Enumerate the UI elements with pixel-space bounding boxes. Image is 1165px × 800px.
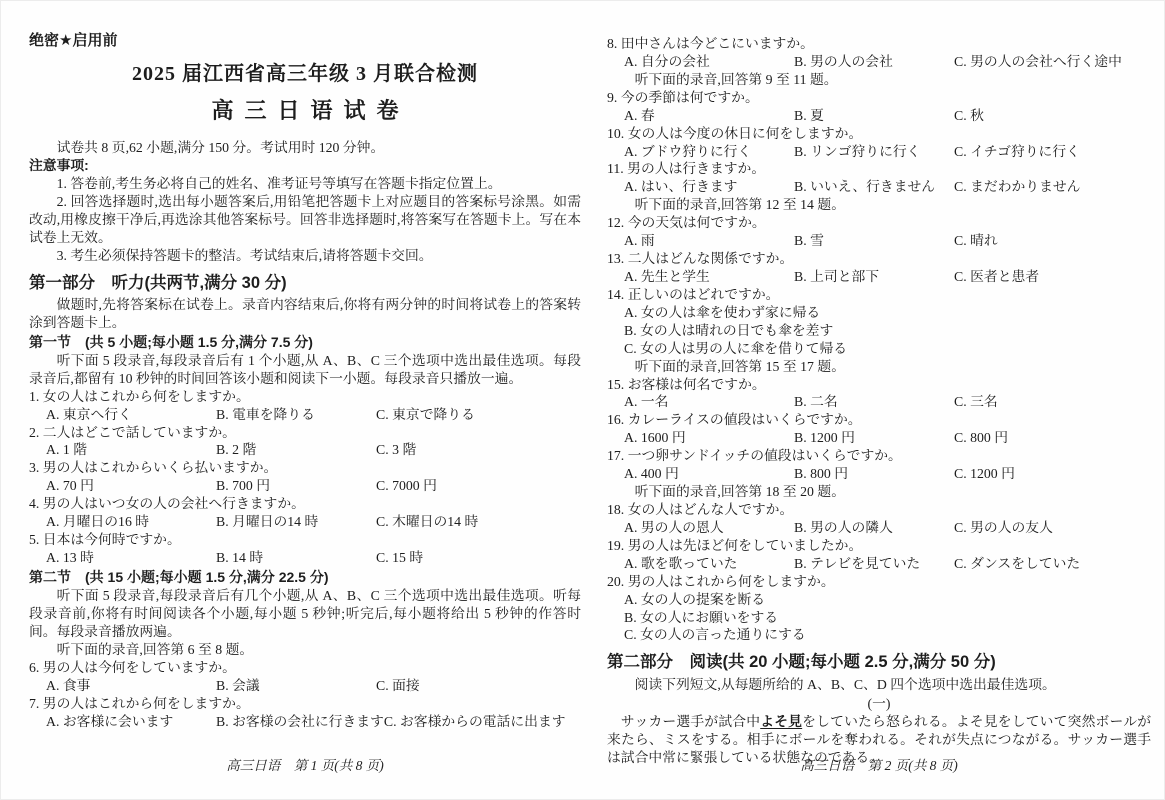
question-option: B. 月曜日の14 時 [216, 513, 376, 531]
question-options: A. 東京へ行くB. 電車を降りるC. 東京で降りる [29, 406, 581, 424]
question-option: A. 東京へ行く [46, 406, 216, 424]
question-option: B. 14 時 [216, 549, 376, 567]
section2-intro: 听下面 5 段录音,每段录音后有几个小题,从 A、B、C 三个选项中选出最佳选项… [29, 587, 581, 641]
question-option: C. 秋 [954, 107, 1151, 125]
question-option: C. まだわかりません [954, 178, 1151, 196]
question-option: A. 月曜日の16 時 [46, 513, 216, 531]
paper-info: 试卷共 8 页,62 小题,满分 150 分。考试用时 120 分钟。 [29, 139, 581, 157]
question-option: C. 男の人の会社へ行く途中 [954, 53, 1151, 71]
question-option: A. 男の人の恩人 [624, 519, 794, 537]
question-option: B. お客様の会社に行きます [216, 713, 384, 731]
question-text: 15. お客様は何名ですか。 [607, 376, 1151, 394]
question-option: C. 木曜日の14 時 [376, 513, 581, 531]
question-option: C. イチゴ狩りに行く [954, 143, 1151, 161]
question-option: B. 男の人の会社 [794, 53, 954, 71]
question-option: B. 女の人は晴れの日でも傘を差す [624, 322, 1151, 340]
question-option: A. 13 時 [46, 549, 216, 567]
question-options: A. 雨B. 雪C. 晴れ [607, 232, 1151, 250]
question-text: 2. 二人はどこで話していますか。 [29, 424, 581, 442]
question-option: A. 歌を歌っていた [624, 555, 794, 573]
question-options: A. 女の人の提案を断るB. 女の人にお願いをするC. 女の人の言った通りにする [607, 591, 1151, 645]
listening-cue: 听下面的录音,回答第 15 至 17 题。 [607, 358, 1151, 376]
question-option: B. 800 円 [794, 465, 954, 483]
question-option: B. 雪 [794, 232, 954, 250]
page2-footer: 高三日语 第 2 页(共 8 页) [607, 757, 1151, 775]
section1-questions: 1. 女の人はこれから何をしますか。A. 東京へ行くB. 電車を降りるC. 東京… [29, 388, 581, 567]
question-options: A. お客様に会いますB. お客様の会社に行きますC. お客様からの電話に出ます [29, 713, 581, 731]
question-text: 6. 男の人は今何をしていますか。 [29, 659, 581, 677]
question-option: C. 三名 [954, 393, 1151, 411]
question-options: A. 400 円B. 800 円C. 1200 円 [607, 465, 1151, 483]
page1-footer: 高三日语 第 1 页(共 8 页) [29, 757, 581, 775]
question-option: C. 7000 円 [376, 477, 581, 495]
question-options: A. 70 円B. 700 円C. 7000 円 [29, 477, 581, 495]
question-option: C. 晴れ [954, 232, 1151, 250]
question-option: B. 夏 [794, 107, 954, 125]
exam-paper-scan: 绝密★启用前 2025 届江西省高三年级 3 月联合检测 高三日语试卷 试卷共 … [0, 0, 1165, 800]
question-option: B. 二名 [794, 393, 954, 411]
question-option: C. 女の人は男の人に傘を借りて帰る [624, 340, 1151, 358]
passage-text-pre: サッカー選手が試合中 [621, 714, 760, 729]
question-text: 14. 正しいのはどれですか。 [607, 286, 1151, 304]
question-option: B. リンゴ狩りに行く [794, 143, 954, 161]
part2-intro: 阅读下列短文,从每题所给的 A、B、C、D 四个选项中选出最佳选项。 [607, 676, 1151, 694]
question-text: 17. 一つ卵サンドイッチの値段はいくらですか。 [607, 447, 1151, 465]
question-option: A. 70 円 [46, 477, 216, 495]
page-1-column: 绝密★启用前 2025 届江西省高三年级 3 月联合检测 高三日语试卷 试卷共 … [29, 31, 581, 730]
part1-intro: 做题时,先将答案标在试卷上。录音内容结束后,你将有两分钟的时间将试卷上的答案转涂… [29, 296, 581, 332]
question-option: C. ダンスをしていた [954, 555, 1151, 573]
question-option: A. ブドウ狩りに行く [624, 143, 794, 161]
section1-heading: 第一节 (共 5 小题;每小题 1.5 分,满分 7.5 分) [29, 333, 581, 351]
question-text: 12. 今の天気は何ですか。 [607, 214, 1151, 232]
question-option: C. 女の人の言った通りにする [624, 626, 1151, 644]
question-text: 9. 今の季節は何ですか。 [607, 89, 1151, 107]
question-option: A. 女の人は傘を使わず家に帰る [624, 304, 1151, 322]
question-text: 13. 二人はどんな関係ですか。 [607, 250, 1151, 268]
question-option: A. はい、行きます [624, 178, 794, 196]
question-option: B. 上司と部下 [794, 268, 954, 286]
passage-emphasis: よそ見 [760, 714, 802, 729]
notice-item-2: 2. 回答选择题时,选出每小题答案后,用铅笔把答题卡上对应题目的答案标号涂黑。如… [29, 193, 581, 247]
question-option: C. 800 円 [954, 429, 1151, 447]
question-option: B. いいえ、行きません [794, 178, 954, 196]
question-text: 11. 男の人は行きますか。 [607, 160, 1151, 178]
question-option: A. 一名 [624, 393, 794, 411]
question-option: B. 女の人にお願いをする [624, 609, 1151, 627]
question-option: B. 2 階 [216, 441, 376, 459]
page-2-column: 8. 田中さんは今どこにいますか。A. 自分の会社B. 男の人の会社C. 男の人… [607, 35, 1151, 767]
paper-title: 高三日语试卷 [29, 97, 581, 126]
question-option: C. 医者と患者 [954, 268, 1151, 286]
listening-cue: 听下面的录音,回答第 6 至 8 题。 [29, 641, 581, 659]
section2-questions: 听下面的录音,回答第 6 至 8 题。6. 男の人は今何をしていますか。A. 食… [29, 641, 581, 731]
question-option: A. 先生と学生 [624, 268, 794, 286]
question-option: B. 1200 円 [794, 429, 954, 447]
notice-item-3: 3. 考生必须保持答题卡的整洁。考试结束后,请将答题卡交回。 [29, 247, 581, 265]
question-option: C. 3 階 [376, 441, 581, 459]
security-marking: 绝密★启用前 [29, 31, 581, 51]
question-text: 7. 男の人はこれから何をしますか。 [29, 695, 581, 713]
question-option: B. 会議 [216, 677, 376, 695]
page2-questions: 8. 田中さんは今どこにいますか。A. 自分の会社B. 男の人の会社C. 男の人… [607, 35, 1151, 644]
question-option: A. 春 [624, 107, 794, 125]
question-option: A. 女の人の提案を断る [624, 591, 1151, 609]
section2-heading: 第二节 (共 15 小题;每小题 1.5 分,满分 22.5 分) [29, 568, 581, 586]
question-options: A. 13 時B. 14 時C. 15 時 [29, 549, 581, 567]
question-text: 19. 男の人は先ほど何をしていましたか。 [607, 537, 1151, 555]
question-option: A. 1600 円 [624, 429, 794, 447]
question-option: C. 男の人の友人 [954, 519, 1151, 537]
question-text: 10. 女の人は今度の休日に何をしますか。 [607, 125, 1151, 143]
question-options: A. 先生と学生B. 上司と部下C. 医者と患者 [607, 268, 1151, 286]
listening-cue: 听下面的录音,回答第 9 至 11 题。 [607, 71, 1151, 89]
part2-heading: 第二部分 阅读(共 20 小题;每小题 2.5 分,满分 50 分) [607, 651, 1151, 673]
question-text: 20. 男の人はこれから何をしますか。 [607, 573, 1151, 591]
question-options: A. ブドウ狩りに行くB. リンゴ狩りに行くC. イチゴ狩りに行く [607, 143, 1151, 161]
question-option: A. 雨 [624, 232, 794, 250]
listening-cue: 听下面的录音,回答第 12 至 14 题。 [607, 196, 1151, 214]
question-option: C. 面接 [376, 677, 581, 695]
question-text: 16. カレーライスの値段はいくらですか。 [607, 411, 1151, 429]
section1-intro: 听下面 5 段录音,每段录音后有 1 个小题,从 A、B、C 三个选项中选出最佳… [29, 352, 581, 388]
question-text: 8. 田中さんは今どこにいますか。 [607, 35, 1151, 53]
question-option: A. 400 円 [624, 465, 794, 483]
question-options: A. 月曜日の16 時B. 月曜日の14 時C. 木曜日の14 時 [29, 513, 581, 531]
question-options: A. 1 階B. 2 階C. 3 階 [29, 441, 581, 459]
question-text: 18. 女の人はどんな人ですか。 [607, 501, 1151, 519]
question-options: A. はい、行きますB. いいえ、行きませんC. まだわかりません [607, 178, 1151, 196]
question-text: 3. 男の人はこれからいくら払いますか。 [29, 459, 581, 477]
part1-heading: 第一部分 听力(共两节,满分 30 分) [29, 272, 581, 294]
question-option: B. 700 円 [216, 477, 376, 495]
question-options: A. 一名B. 二名C. 三名 [607, 393, 1151, 411]
question-text: 5. 日本は今何時ですか。 [29, 531, 581, 549]
question-options: A. 自分の会社B. 男の人の会社C. 男の人の会社へ行く途中 [607, 53, 1151, 71]
question-option: B. 電車を降りる [216, 406, 376, 424]
question-options: A. 歌を歌っていたB. テレビを見ていたC. ダンスをしていた [607, 555, 1151, 573]
question-text: 4. 男の人はいつ女の人の会社へ行きますか。 [29, 495, 581, 513]
question-option: A. お客様に会います [46, 713, 216, 731]
question-option: C. お客様からの電話に出ます [384, 713, 581, 731]
question-options: A. 女の人は傘を使わず家に帰るB. 女の人は晴れの日でも傘を差すC. 女の人は… [607, 304, 1151, 358]
question-option: C. 東京で降りる [376, 406, 581, 424]
question-option: A. 自分の会社 [624, 53, 794, 71]
passage-number: (一) [607, 695, 1151, 713]
question-options: A. 1600 円B. 1200 円C. 800 円 [607, 429, 1151, 447]
question-option: B. テレビを見ていた [794, 555, 954, 573]
question-option: C. 1200 円 [954, 465, 1151, 483]
notice-heading: 注意事项: [29, 157, 581, 175]
question-options: A. 食事B. 会議C. 面接 [29, 677, 581, 695]
question-option: C. 15 時 [376, 549, 581, 567]
exam-title: 2025 届江西省高三年级 3 月联合检测 [29, 61, 581, 87]
question-option: A. 1 階 [46, 441, 216, 459]
question-option: A. 食事 [46, 677, 216, 695]
question-options: A. 春B. 夏C. 秋 [607, 107, 1151, 125]
question-options: A. 男の人の恩人B. 男の人の隣人C. 男の人の友人 [607, 519, 1151, 537]
question-text: 1. 女の人はこれから何をしますか。 [29, 388, 581, 406]
question-option: B. 男の人の隣人 [794, 519, 954, 537]
notice-item-1: 1. 答卷前,考生务必将自己的姓名、准考证号等填写在答题卡指定位置上。 [29, 175, 581, 193]
listening-cue: 听下面的录音,回答第 18 至 20 题。 [607, 483, 1151, 501]
